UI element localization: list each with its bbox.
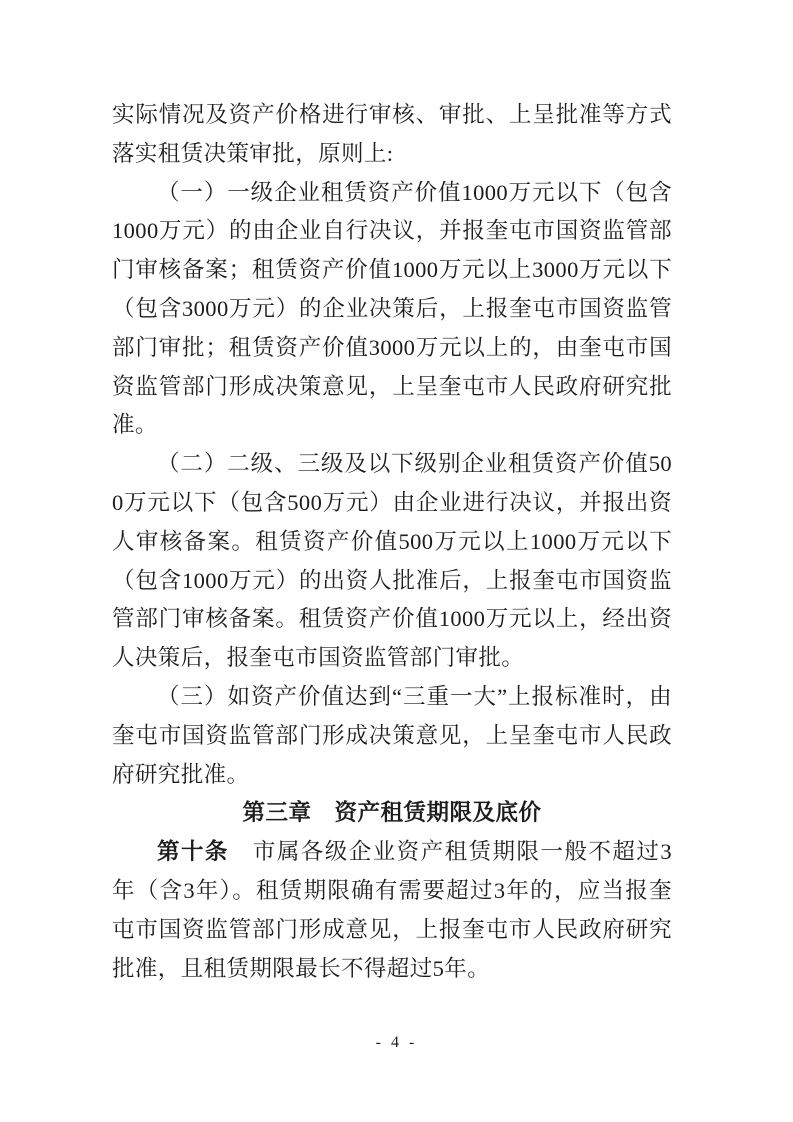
paragraph-continuation: 实际情况及资产价格进行审核、审批、上呈批准等方式落实租赁决策审批，原则上:: [112, 96, 672, 174]
document-body: 实际情况及资产价格进行审核、审批、上呈批准等方式落实租赁决策审批，原则上: （一…: [112, 96, 672, 988]
clause-item-2: （二）二级、三级及以下级别企业租赁资产价值500万元以下（包含500万元）由企业…: [112, 445, 672, 678]
page-number: - 4 -: [0, 1034, 793, 1052]
clause-item-1: （一）一级企业租赁资产价值1000万元以下（包含1000万元）的由企业自行决议，…: [112, 174, 672, 446]
chapter-heading: 第三章 资产租赁期限及底价: [112, 794, 672, 833]
article-10-paragraph: 第十条 市属各级企业资产租赁期限一般不超过3年（含3年）。租赁期限确有需要超过3…: [112, 833, 672, 988]
article-number: 第十条: [157, 839, 229, 864]
document-page: 实际情况及资产价格进行审核、审批、上呈批准等方式落实租赁决策审批，原则上: （一…: [0, 0, 793, 1122]
clause-item-3: （三）如资产价值达到“三重一大”上报标准时，由奎屯市国资监管部门形成决策意见，上…: [112, 678, 672, 794]
